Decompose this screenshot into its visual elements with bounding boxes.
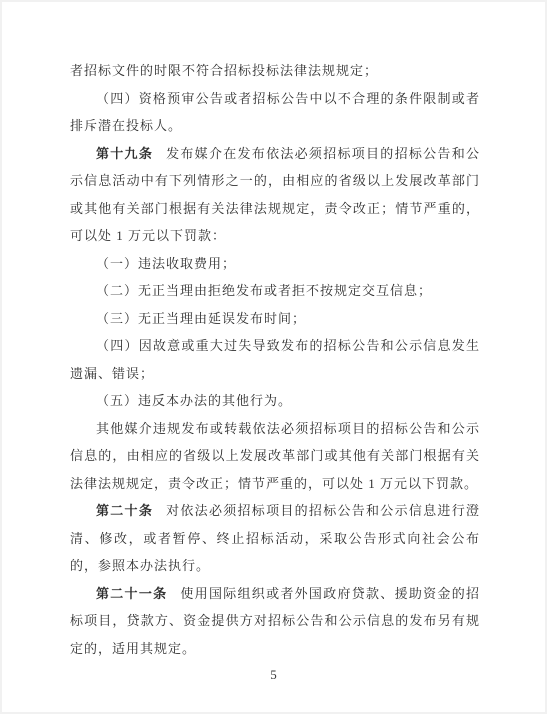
page-footer: 5 xyxy=(0,666,547,684)
article-number: 第十九条 xyxy=(96,146,153,161)
document-page: 者招标文件的时限不符合招标投标法律法规规定；（四）资格预审公告或者招标公告中以不… xyxy=(0,0,547,714)
paragraph: （一）违法收取费用； xyxy=(70,250,480,278)
paragraph: 第二十一条使用国际组织或者外国政府贷款、援助资金的招标项目，贷款方、资金提供方对… xyxy=(70,580,480,663)
paragraph: （三）无正当理由延误发布时间； xyxy=(70,305,480,333)
paragraph: （四）资格预审公告或者招标公告中以不合理的条件限制或者排斥潜在投标人。 xyxy=(70,85,480,140)
paragraph: （二）无正当理由拒绝发布或者拒不按规定交互信息； xyxy=(70,277,480,305)
article-number: 第二十条 xyxy=(96,503,153,518)
paragraph: 第十九条发布媒介在发布依法必须招标项目的招标公告和公示信息活动中有下列情形之一的… xyxy=(70,140,480,250)
page-number: 5 xyxy=(270,667,277,682)
paragraph: （五）违反本办法的其他行为。 xyxy=(70,387,480,415)
article-number: 第二十一条 xyxy=(96,586,167,601)
paragraph: 者招标文件的时限不符合招标投标法律法规规定； xyxy=(70,57,480,85)
document-body: 者招标文件的时限不符合招标投标法律法规规定；（四）资格预审公告或者招标公告中以不… xyxy=(70,57,480,662)
paragraph: 其他媒介违规发布或转载依法必须招标项目的招标公告和公示信息的，由相应的省级以上发… xyxy=(70,415,480,498)
paragraph: 第二十条对依法必须招标项目的招标公告和公示信息进行澄清、修改，或者暂停、终止招标… xyxy=(70,497,480,580)
paragraph: （四）因故意或重大过失导致发布的招标公告和公示信息发生遗漏、错误； xyxy=(70,332,480,387)
